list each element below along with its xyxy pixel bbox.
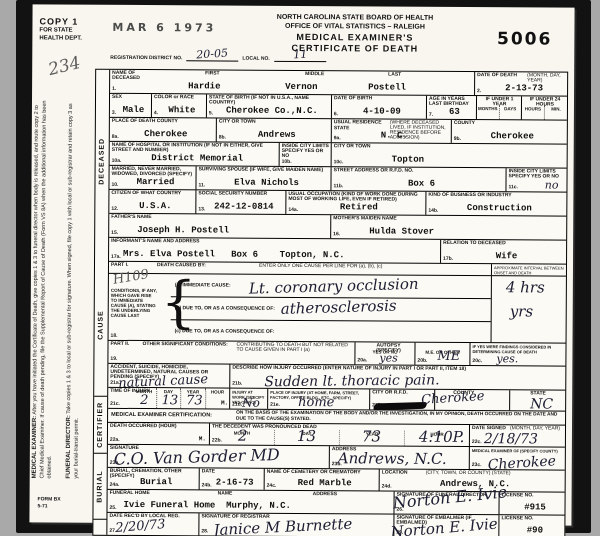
section-certifier: CERTIFIER	[94, 397, 107, 454]
funeral-director-margin-note: FUNERAL DIRECTOR: Take copies 1 & 3 to l…	[66, 101, 90, 479]
field-cemetery: NAME OF CEMETERY OR CREMATORY 24c. Red M…	[265, 469, 380, 491]
row-hospital: NAME OF HOSPITAL OR INSTITUTION (IF NOT …	[110, 142, 567, 169]
field-residence-county: COUNTY 9b. Cherokee	[452, 120, 567, 144]
injury-month: 2	[140, 393, 148, 408]
how-injury-value: Sudden lt. thoracic pain.	[264, 372, 439, 390]
local-no-value: 11	[292, 48, 307, 62]
informant-value: Mrs. Elva Postell Box 6 Topton, N.C.	[123, 249, 438, 261]
field-inside-city-limits-1: INSIDE CITY LIMITS SPECIFY YES OR NO 10b…	[280, 143, 332, 166]
field-time-of-injury: TIME OF INJURY 21c. MONTH 2 DAY 13 YEAR …	[108, 388, 230, 409]
dod-value: 2-13-73	[483, 83, 565, 94]
fd-note-lead: FUNERAL DIRECTOR:	[66, 415, 72, 478]
field-industry: KIND OF BUSINESS OR INDUSTRY 14b. Constr…	[426, 192, 566, 216]
row-place-of-death: PLACE OF DEATH COUNTY 8a. Cherokee CITY …	[110, 118, 567, 145]
conditions-label: CONDITIONS, IF ANY, WHICH GAVE RISE TO I…	[111, 288, 159, 318]
reg-district-label: REGISTRATION DISTRICT NO.	[110, 55, 182, 61]
dod-label: DATE OF DEATH	[477, 73, 517, 78]
field-date-received: DATE REC'D BY LOCAL REG. 27. 2/20/73	[107, 513, 199, 536]
conditions-brace: {	[161, 272, 197, 334]
field-sex: SEX 3. Male	[110, 94, 152, 117]
ssn-value: 242-12-0814	[204, 201, 283, 211]
icl2-value: no	[545, 178, 559, 191]
certificate-number: 5006	[497, 29, 552, 49]
row-part2-autopsy: PART II. OTHER SIGNIFICANT CONDITIONS: C…	[108, 341, 565, 367]
field-me-signature: SIGNATURE 23a. C.O. Van Gorder MD	[108, 445, 330, 468]
date-received-value: 2/20/73	[115, 517, 166, 536]
field-conditions: H109 CONDITIONS, IF ANY, WHICH GAVE RISE…	[109, 274, 171, 340]
field-hospital: NAME OF HOSPITAL OR INSTITUTION (IF NOT …	[110, 142, 280, 166]
injury-day: 13	[162, 393, 179, 408]
field-place-of-injury: PLACE OF INJURY (AT HOME, FARM, STREET, …	[268, 389, 370, 410]
copy-for-line1: FOR STATE	[39, 28, 82, 36]
me-signature-value: C.O. Van Gorder MD	[114, 445, 280, 469]
field-ssn: SOCIAL SECURITY NUMBER 13. 242-12-0814	[196, 190, 286, 214]
name-label: NAME OF DECEASED	[112, 71, 152, 81]
local-no-label: LOCAL NO.	[242, 56, 269, 62]
field-inside-city-limits-2: INSIDE CITY LIMITS SPECIFY YES OR NO 11c…	[506, 168, 566, 191]
dod-note: (MONTH, DAY, YEAR)	[527, 73, 566, 83]
field-injury-county: COUNTY Cherokee	[435, 390, 510, 410]
field-disposition-date: DATE 24b. 2-16-73	[200, 468, 265, 489]
row-injury-details: TIME OF INJURY 21c. MONTH 2 DAY 13 YEAR …	[108, 388, 565, 412]
field-date-of-death: DATE OF DEATH (MONTH, DAY, YEAR) 2. 2-13…	[475, 72, 567, 96]
field-pod-city: CITY OR TOWN 8b. Andrews	[217, 118, 332, 142]
field-occupation: USUAL OCCUPATION (KIND OF WORK DONE DURI…	[286, 191, 426, 215]
field-marital-status: MARRIED, NEVER MARRIED, WIDOWED, DIVORCE…	[109, 166, 196, 190]
name-last-value: Postell	[368, 82, 472, 93]
field-street-address: STREET ADDRESS OR R.F.D. NO. 11b. Box 6	[331, 167, 506, 191]
field-embalmer-license: LICENSE NO. #90	[499, 515, 564, 536]
sex-value: Male	[118, 105, 149, 115]
pronounced-year: 73	[362, 427, 381, 445]
row-marital: MARRIED, NEVER MARRIED, WIDOWED, DIVORCE…	[109, 166, 566, 193]
street-value: Box 6	[339, 178, 503, 189]
field-if-under-24-hours: IF UNDER 24 HOURS HOURS MIN.	[522, 96, 567, 119]
pod-county-value: Cherokee	[118, 129, 214, 140]
race-value: White	[160, 105, 204, 115]
injury-state-value: NC	[530, 396, 553, 412]
field-surviving-spouse: SURVIVING SPOUSE (IF WIFE, GIVE MAIDEN N…	[196, 166, 331, 190]
field-embalmer-signature: SIGNATURE OF EMBALMER (IF EMBALMED) 29. …	[394, 515, 499, 536]
res-county-value: Cherokee	[460, 131, 565, 142]
form-number: FORM BX 5-71	[37, 496, 60, 510]
cemetery-value: Red Marble	[273, 478, 377, 489]
mother-value: Hulda Stover	[369, 226, 564, 237]
cause-entries: (a) IMMEDIATE CAUSE: Lt. coronary occlus…	[171, 274, 491, 342]
pronounced-month: 2	[238, 427, 248, 445]
field-date-signed: DATE SIGNED (MONTH, DAY, YEAR) 22c. 2/18…	[470, 425, 565, 447]
field-other-conditions: PART II. OTHER SIGNIFICANT CONDITIONS: C…	[108, 341, 355, 365]
birth-state-value: Cherokee Co.,N.C.	[215, 105, 329, 116]
field-citizen: CITIZEN OF WHAT COUNTRY 12. U.S.A.	[109, 190, 196, 214]
row-citizen: CITIZEN OF WHAT COUNTRY 12. U.S.A. SOCIA…	[109, 190, 566, 217]
date-signed-value: 2/18/73	[484, 431, 538, 447]
ink-scratch	[373, 402, 428, 410]
field-father: FATHER'S NAME 15. Joseph H. Postell	[109, 214, 331, 238]
dob-value: 4-10-09	[340, 106, 424, 117]
father-value: Joseph H. Postell	[137, 225, 328, 236]
row-sex-race-birth: SEX 3. Male COLOR or RACE 4. White STATE…	[110, 94, 567, 121]
relation-value: Wife	[449, 251, 564, 262]
section-burial: BURIAL	[93, 454, 106, 520]
interval-entries: 4 hrs yrs	[491, 276, 566, 342]
row-pronounced: DEATH OCCURRED (HOUR) 22a. M. THE DECEDE…	[108, 423, 565, 448]
hospital-value: District Memorial	[118, 153, 277, 164]
cause-b-line: (b) DUE TO, OR AS A CONSEQUENCE OF: athe…	[171, 297, 491, 322]
penciled-number: 234	[46, 53, 82, 80]
field-hospital-city: CITY OR TOWN 10c. Topton	[332, 143, 567, 167]
injury-county-value: Cherokee	[421, 389, 485, 408]
marital-value: Married	[117, 177, 193, 187]
spouse-value: Elva Nichols	[204, 177, 328, 188]
disposition-value: Burial	[116, 477, 197, 487]
pod-city-value: Andrews	[225, 130, 329, 141]
funeral-home-value: Ivie Funeral Home Murphy, N.C.	[124, 500, 392, 512]
row-registrar: DATE REC'D BY LOCAL REG. 27. 2/20/73 SIG…	[107, 513, 564, 536]
section-cause: CAUSE	[94, 254, 108, 397]
field-pod-county: PLACE OF DEATH COUNTY 8a. Cherokee	[110, 118, 217, 142]
pronounced-day: 13	[297, 427, 316, 445]
field-pronounced-dead: THE DECEDENT WAS PRONOUNCED DEAD 22b. MO…	[210, 423, 470, 446]
industry-value: Construction	[434, 203, 564, 214]
citizen-value: U.S.A.	[117, 201, 193, 211]
field-relation: RELATION TO DECEASED 17b. Wife	[441, 240, 566, 264]
field-name: NAME OF DECEASED FIRST MIDDLE LAST 1. Ha…	[110, 70, 475, 95]
field-manner: ACCIDENT, SUICIDE, HOMICIDE, UNDETERMINE…	[108, 364, 230, 388]
section-deceased: DECEASED	[95, 70, 109, 254]
field-mother: MOTHER'S MAIDEN NAME 16. Hulda Stover	[331, 215, 566, 239]
me-address-value: Andrews, N.C.	[338, 449, 447, 468]
fd-license-value: #915	[507, 502, 562, 512]
copy-number: COPY 1	[39, 16, 82, 28]
field-if-under-1-year: IF UNDER 1 YEAR MONTHS DAYS	[477, 96, 522, 119]
row-cause-lines: H109 CONDITIONS, IF ANY, WHICH GAVE RISE…	[109, 274, 566, 344]
field-residence-state: USUAL RESIDENCE (WHERE DECEASED LIVED, I…	[332, 119, 452, 143]
autopsy-me-other-value: ME	[437, 349, 460, 364]
field-date-of-birth: DATE OF BIRTH 6. 4-10-09	[332, 95, 427, 119]
field-funeral-home: FUNERAL HOME NAME ADDRESS 25. Ivie Funer…	[107, 490, 394, 514]
row-name: NAME OF DECEASED FIRST MIDDLE LAST 1. Ha…	[110, 70, 567, 97]
table-body: NAME OF DECEASED FIRST MIDDLE LAST 1. Ha…	[107, 70, 567, 536]
field-autopsy-findings: IF YES WERE FINDINGS CONSIDERED IN DETER…	[470, 343, 565, 366]
registration-line: REGISTRATION DISTRICT NO. 20-05 LOCAL NO…	[110, 47, 326, 62]
embalmer-license-value: #90	[507, 525, 562, 535]
field-autopsy-yes-no: AUTOPSY (SPECIFY) YES OR NO 20a. yes	[355, 342, 415, 364]
field-me-address: ADDRESS 23b. Andrews, N.C.	[330, 446, 470, 469]
autopsy-findings-value: yes.	[496, 352, 518, 365]
interval-b-value: yrs	[510, 302, 533, 320]
field-age: AGE IN YEARS LAST BIRTHDAY 7. 63	[427, 96, 477, 119]
cause-a-line: (a) IMMEDIATE CAUSE: Lt. coronary occlus…	[171, 274, 491, 299]
cause-a-value: Lt. coronary occlusion	[249, 275, 419, 298]
medical-examiner-margin-note: MEDICAL EXAMINER: After you have initiat…	[32, 100, 64, 478]
row-parents: FATHER'S NAME 15. Joseph H. Postell MOTH…	[109, 214, 566, 241]
field-registrar-signature: SIGNATURE OF REGISTRAR 28. Janice M Burn…	[199, 513, 394, 536]
field-state-of-birth: STATE OF BIRTH (IF NOT IN U.S.A., NAME C…	[207, 94, 332, 118]
injury-year: 73	[186, 393, 203, 408]
field-injury-at-work: INJURY AT WORK (SPECIFY YES OR NO) 21d. …	[230, 389, 268, 409]
field-autopsy-me-other: M.E. OR OTHER 20b. ME	[415, 343, 470, 365]
certificate-paper: COPY 1 FOR STATE HEALTH DEPT. 234 MAR 6 …	[29, 4, 574, 525]
injury-at-work-value: No	[242, 396, 260, 410]
copy-for-line2: HEALTH DEPT.	[39, 35, 82, 43]
field-funeral-director-signature: SIGNATURE OF FUNERAL DIRECTOR 26. Norton…	[394, 492, 499, 515]
autopsy-yes-no-value: yes	[379, 351, 397, 364]
field-how-injury: DESCRIBE HOW INJURY OCCURRED (ENTER NATU…	[230, 365, 565, 390]
field-injury-state: STATE NC	[510, 390, 565, 410]
row-informant: INFORMANT'S NAME AND ADDRESS 17a. Mrs. E…	[109, 238, 566, 265]
field-fd-license: LICENSE NO. #915	[499, 492, 564, 514]
field-informant: INFORMANT'S NAME AND ADDRESS 17a. Mrs. E…	[109, 238, 441, 263]
interval-header: APPROXIMATE INTERVAL BETWEEN ONSET AND D…	[491, 264, 566, 275]
reg-district-value: 20-05	[196, 46, 228, 61]
field-death-hour: DEATH OCCURRED (HOUR) 22a. M.	[108, 423, 210, 445]
certificate-table: DECEASED CAUSE CERTIFIER BURIAL NAME OF …	[92, 69, 568, 536]
field-race: COLOR or RACE 4. White	[152, 94, 207, 117]
name-last-label: LAST	[388, 73, 473, 79]
place-of-injury-value: home	[298, 395, 334, 410]
field-disposition: BURIAL, CREMATION, OTHER (SPECIFY) 24a. …	[108, 468, 200, 490]
row-funeral-home: FUNERAL HOME NAME ADDRESS 25. Ivie Funer…	[107, 490, 564, 516]
hosp-city-value: Topton	[392, 155, 565, 166]
field-me-of-county: MEDICAL EXAMINER OF (SPECIFY COUNTY) 23c…	[470, 447, 565, 470]
copy-designation: COPY 1 FOR STATE HEALTH DEPT.	[39, 16, 82, 43]
res-state-value: N. C.	[340, 130, 449, 141]
occupation-value: Retired	[294, 202, 423, 213]
me-certification: MEDICAL EXAMINER CERTIFICATION: ON THE B…	[108, 409, 565, 425]
row-manner: ACCIDENT, SUICIDE, HOMICIDE, UNDETERMINE…	[108, 364, 565, 391]
pronounced-hour: 4:10P.	[419, 428, 465, 446]
interval-a-value: 4 hrs	[506, 278, 545, 296]
me-note-lead: MEDICAL EXAMINER:	[32, 416, 38, 479]
row-me-signature: SIGNATURE 23a. C.O. Van Gorder MD ADDRES…	[108, 445, 565, 471]
cause-b-value: atherosclerosis	[281, 297, 397, 318]
age-value: 63	[435, 107, 474, 117]
disposition-date-value: 2-16-73	[208, 477, 262, 487]
